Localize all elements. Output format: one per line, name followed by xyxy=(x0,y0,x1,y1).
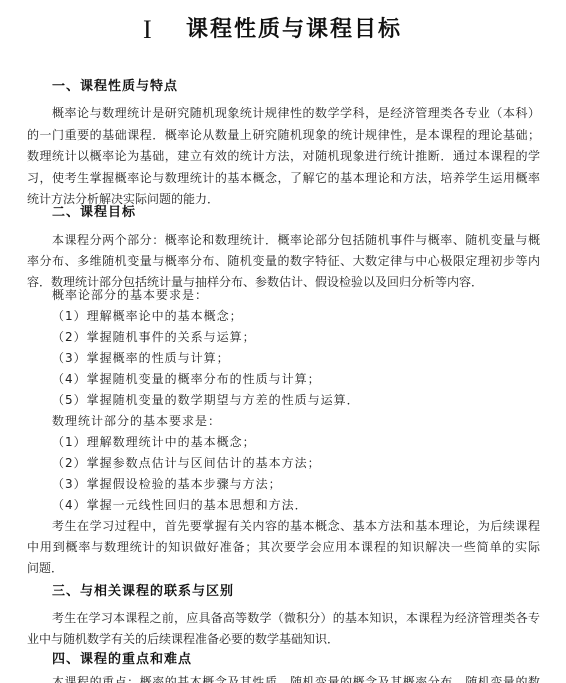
list-item: （3）掌握假设检验的基本步骤与方法； xyxy=(52,476,282,492)
list-item: （5）掌握随机变量的数学期望与方差的性质与运算． xyxy=(52,392,360,408)
section-heading-key-points: 四、课程的重点和难点 xyxy=(52,652,192,668)
list-item: （1）理解数理统计中的基本概念； xyxy=(52,434,256,450)
paragraph-line: 概率论与数理统计是研究随机现象统计规律性的数学学科，是经济管理类各专业（本科） xyxy=(52,105,540,121)
page-title: I 课程性质与课程目标 xyxy=(0,14,566,46)
paragraph-line: 本课程的重点：概率的基本概念及其性质，随机变量的概念及其概率分布，随机变量的数 xyxy=(52,674,540,683)
paragraph-line: 数理统计以概率论为基础，建立有效的统计方法，对随机现象进行统计推断．通过本课程的… xyxy=(27,148,540,164)
list-item: （4）掌握随机变量的概率分布的性质与计算； xyxy=(52,371,321,387)
list-item: （2）掌握参数点估计与区间估计的基本方法； xyxy=(52,455,321,471)
statistics-requirements-label: 数理统计部分的基本要求是： xyxy=(52,413,221,429)
list-item: （2）掌握随机事件的关系与运算； xyxy=(52,329,256,345)
paragraph-line: 考生在学习本课程之前，应具备高等数学（微积分）的基本知识，本课程为经济管理类各专 xyxy=(52,610,540,626)
paragraph-line: 问题． xyxy=(27,560,63,576)
paragraph-line: 考生在学习过程中，首先要掌握有关内容的基本概念、基本方法和基本理论，为后续课程 xyxy=(52,518,540,534)
section-heading-goals: 二、课程目标 xyxy=(52,205,136,221)
paragraph-line: 率分布、多维随机变量与概率分布、随机变量的数字特征、大数定律与中心极限定理初步等… xyxy=(27,253,540,269)
paragraph-line: 本课程分两个部分：概率论和数理统计．概率论部分包括随机事件与概率、随机变量与概 xyxy=(52,232,540,248)
list-item: （1）理解概率论中的基本概念； xyxy=(52,308,243,324)
chapter-title: 课程性质与课程目标 xyxy=(186,14,400,46)
chapter-numeral: I xyxy=(143,14,152,46)
list-item: （4）掌握一元线性回归的基本思想和方法． xyxy=(52,497,308,513)
section-heading-nature: 一、课程性质与特点 xyxy=(52,79,178,95)
paragraph-line: 中用到概率与数理统计的知识做好准备；其次要学会应用本课程的知识解决一些简单的实际 xyxy=(27,539,540,555)
probability-requirements-label: 概率论部分的基本要求是： xyxy=(52,287,208,303)
list-item: （3）掌握概率的性质与计算； xyxy=(52,350,230,366)
paragraph-line: 的一门重要的基础课程．概率论从数量上研究随机现象的统计规律性，是本课程的理论基础… xyxy=(27,127,540,143)
section-heading-relations: 三、与相关课程的联系与区别 xyxy=(52,584,234,600)
paragraph-line: 习，使考生掌握概率论与数理统计的基本概念，了解它的基本理论和方法，培养学生运用概… xyxy=(27,170,540,186)
paragraph-line: 业中与随机数学有关的后续课程准备必要的数学基础知识． xyxy=(27,631,339,647)
